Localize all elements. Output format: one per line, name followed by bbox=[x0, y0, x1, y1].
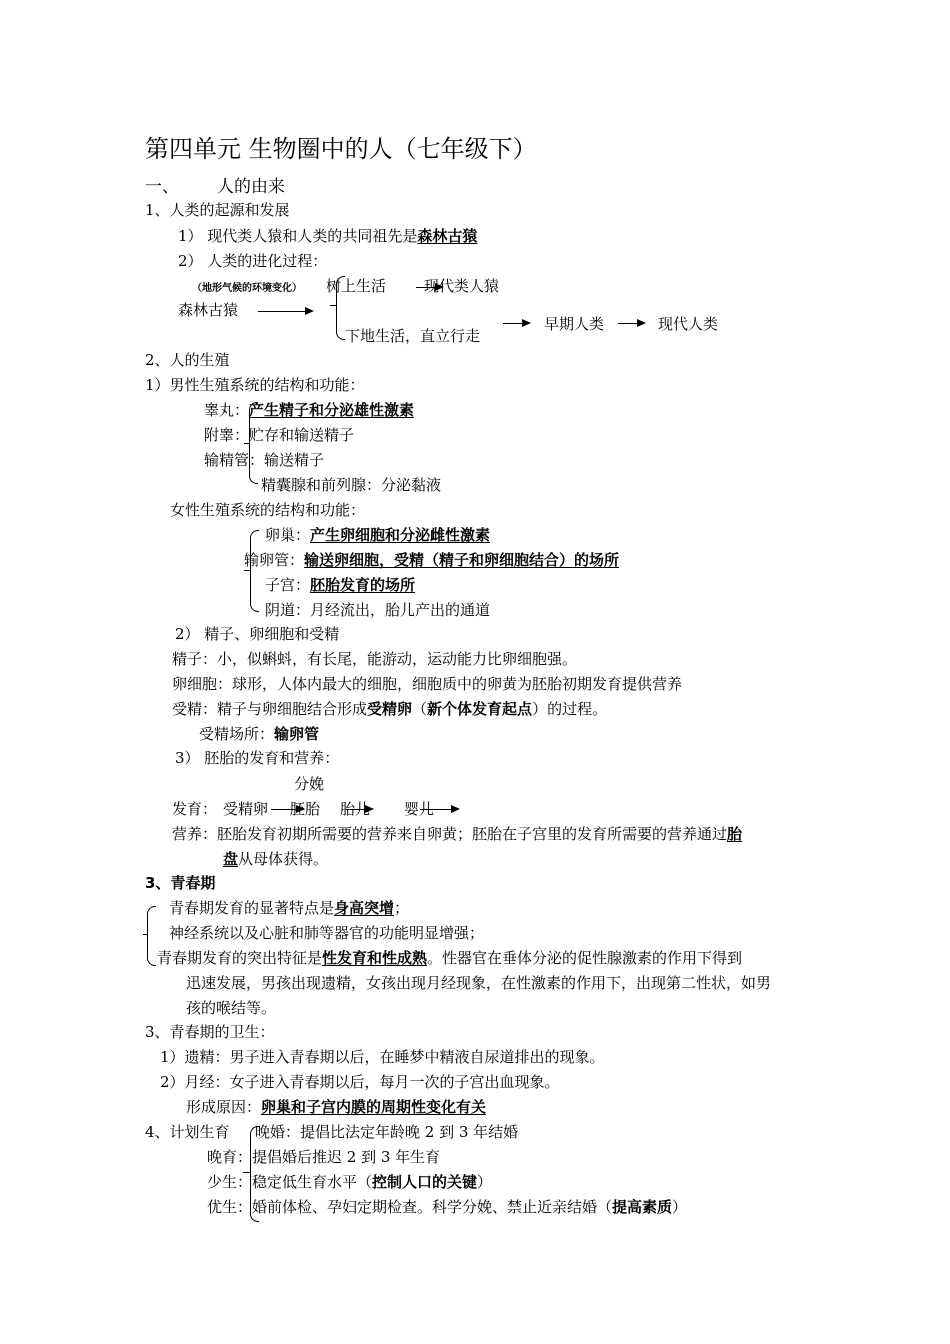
planning-label: 晚育： bbox=[207, 1148, 252, 1166]
cause-label: 形成原因： bbox=[186, 1098, 261, 1116]
embryo-heading: 3） 胚胎的发育和营养： bbox=[175, 748, 339, 768]
heading-text: 人的由来 bbox=[217, 177, 285, 197]
development-label: 发育： bbox=[172, 799, 217, 819]
arrow-icon bbox=[618, 323, 644, 324]
planning-label: 优生： bbox=[207, 1198, 252, 1216]
fert-place-value: 输卵管 bbox=[274, 725, 319, 743]
brace-icon bbox=[147, 906, 156, 966]
stage-zygote: 受精卵 bbox=[223, 799, 268, 819]
male-system-heading: 1）男性生殖系统的结构和功能： bbox=[145, 375, 365, 395]
planning-bold: 控制人口的关键 bbox=[372, 1173, 477, 1191]
menstruation-cause: 形成原因：卵巢和子宫内膜的周期性变化有关 bbox=[186, 1097, 486, 1117]
planning-bold: 提高素质 bbox=[612, 1198, 672, 1216]
fert-suffix: ）的过程。 bbox=[532, 700, 607, 718]
male-organ-glands: 精囊腺和前列腺：分泌黏液 bbox=[261, 475, 441, 495]
evolution-heading: 2） 人类的进化过程： bbox=[178, 251, 327, 271]
male-organ-vas-deferens: 输精管：输送精子 bbox=[204, 450, 324, 470]
organ-function: 胚胎发育的场所 bbox=[310, 576, 415, 594]
organ-label: 精囊腺和前列腺： bbox=[261, 476, 381, 494]
cause-value: 卵巢和子宫内膜的周期性变化有关 bbox=[261, 1098, 486, 1116]
nutrition-line-2: 盘从母体获得。 bbox=[223, 849, 328, 869]
p1-text: 青春期发育的显著特点是 bbox=[169, 899, 334, 917]
brace-point bbox=[244, 570, 251, 571]
arrow-icon bbox=[258, 311, 312, 312]
organ-label: 子宫： bbox=[265, 576, 310, 594]
nutrition-suffix: 从母体获得。 bbox=[238, 850, 328, 868]
puberty-feature-3: 青春期发育的突出特征是性发育和性成熟。性器官在垂体分泌的促性腺激素的作用下得到 bbox=[157, 948, 742, 968]
p3-bold: 性发育和性成熟 bbox=[322, 949, 427, 967]
planning-text: 婚前体检、孕妇定期检查。科学分娩、禁止近亲结婚（ bbox=[252, 1198, 612, 1216]
arrow-icon bbox=[420, 809, 458, 810]
puberty-feature-3-end: 孩的喉结等。 bbox=[186, 998, 276, 1018]
egg-label: 卵细胞： bbox=[172, 675, 232, 693]
planning-text: 提倡婚后推迟 2 到 3 年生育 bbox=[252, 1148, 440, 1166]
female-organ-oviduct: 输卵管：输送卵细胞，受精（精子和卵细胞结合）的场所 bbox=[244, 550, 619, 570]
brace-icon bbox=[250, 530, 259, 612]
planning-label: 少生： bbox=[207, 1173, 252, 1191]
section-heading-family-planning: 4、计划生育 bbox=[145, 1122, 230, 1142]
organ-label: 睾丸： bbox=[204, 401, 249, 419]
arrow-icon bbox=[503, 323, 529, 324]
arrow-icon bbox=[346, 809, 372, 810]
male-organ-epididymis: 附睾：贮存和输送精子 bbox=[204, 425, 354, 445]
organ-function: 月经流出，胎儿产出的通道 bbox=[310, 601, 490, 619]
planning-text: 稳定低生育水平（ bbox=[252, 1173, 372, 1191]
fertilization-description: 受精：精子与卵细胞结合形成受精卵（新个体发育起点）的过程。 bbox=[172, 699, 607, 719]
common-ancestor-line: 1） 现代类人猿和人类的共同祖先是森林古猿 bbox=[178, 226, 477, 246]
origin-node: 森林古猿 bbox=[178, 300, 238, 320]
section-heading-origin: 一、人的由来 bbox=[145, 176, 285, 198]
planning-text: 提倡比法定年龄晚 2 到 3 年结婚 bbox=[300, 1123, 518, 1141]
brace-point bbox=[330, 305, 337, 306]
sperm-description: 精子：小，似蝌蚪，有长尾，能游动，运动能力比卵细胞强。 bbox=[172, 649, 577, 669]
placenta-part-2: 盘 bbox=[223, 850, 238, 868]
p3-suffix: 。性器官在垂体分泌的促性腺激素的作用下得到 bbox=[427, 949, 742, 967]
organ-function: 产生精子和分泌雄性激素 bbox=[249, 401, 414, 419]
page-title: 第四单元 生物圈中的人（七年级下） bbox=[145, 134, 537, 164]
puberty-feature-1: 青春期发育的显著特点是身高突增； bbox=[169, 898, 409, 918]
planning-late-marriage: 晚婚：提倡比法定年龄晚 2 到 3 年结婚 bbox=[255, 1122, 518, 1142]
female-organ-ovary: 卵巢：产生卵细胞和分泌雌性激素 bbox=[265, 525, 490, 545]
hygiene-menstruation: 2）月经：女子进入青春期以后，每月一次的子宫出血现象。 bbox=[160, 1072, 560, 1092]
p1-bold: 身高突增 bbox=[334, 899, 394, 917]
birth-label: 分娩 bbox=[294, 774, 324, 794]
ancestor-question: 1） 现代类人猿和人类的共同祖先是 bbox=[178, 227, 417, 245]
fertilization-place: 受精场所：输卵管 bbox=[199, 724, 319, 744]
hygiene-emission: 1）遗精：男子进入青春期以后，在睡梦中精液自尿道排出的现象。 bbox=[160, 1047, 605, 1067]
organ-label: 卵巢： bbox=[265, 526, 310, 544]
puberty-feature-3-cont: 迅速发展，男孩出现遗精，女孩出现月经现象，在性激素的作用下，出现第二性状，如男 bbox=[186, 973, 771, 993]
fert-paren: （ bbox=[412, 700, 427, 718]
p2-bold: 神经系统以及心脏和肺等器官的功能 bbox=[169, 924, 409, 942]
gametes-heading: 2） 精子、卵细胞和受精 bbox=[175, 624, 339, 644]
section-heading-reproduction: 2、人的生殖 bbox=[145, 350, 230, 370]
heading-number: 一、 bbox=[145, 177, 179, 197]
p2-suffix: 明显增强； bbox=[409, 924, 484, 942]
nutrition-text: 营养：胚胎发育初期所需要的营养来自卵黄；胚胎在子宫里的发育所需要的营养通过 bbox=[172, 825, 727, 843]
fert-zygote: 受精卵 bbox=[367, 700, 412, 718]
brace-point bbox=[143, 934, 148, 935]
stage-early-human: 早期人类 bbox=[544, 314, 604, 334]
female-organ-vagina: 阴道：月经流出，胎儿产出的通道 bbox=[265, 600, 490, 620]
nutrition-line-1: 营养：胚胎发育初期所需要的营养来自卵黄；胚胎在子宫里的发育所需要的营养通过胎 bbox=[172, 824, 742, 844]
placenta-part-1: 胎 bbox=[727, 825, 742, 843]
egg-description: 卵细胞：球形，人体内最大的细胞，细胞质中的卵黄为胚胎初期发育提供营养 bbox=[172, 674, 682, 694]
branch-top-result: 现代类人猿 bbox=[424, 276, 499, 296]
organ-function: 分泌黏液 bbox=[381, 476, 441, 494]
organ-label: 输精管： bbox=[204, 451, 264, 469]
p3-text: 青春期发育的突出特征是 bbox=[157, 949, 322, 967]
planning-healthy-births: 优生：婚前体检、孕妇定期检查。科学分娩、禁止近亲结婚（提高素质） bbox=[207, 1197, 687, 1217]
stage-modern-human: 现代人类 bbox=[658, 314, 718, 334]
section-heading-hygiene: 3、青春期的卫生： bbox=[145, 1022, 275, 1042]
organ-function: 贮存和输送精子 bbox=[249, 426, 354, 444]
organ-function: 输送卵细胞，受精（精子和卵细胞结合）的场所 bbox=[304, 551, 619, 569]
branch-top: 树上生活 bbox=[326, 276, 386, 296]
stage-embryo: 胚胎 bbox=[290, 799, 320, 819]
female-system-heading: 女性生殖系统的结构和功能： bbox=[170, 500, 365, 520]
fert-text: 受精：精子与卵细胞结合形成 bbox=[172, 700, 367, 718]
fert-origin: 新个体发育起点 bbox=[427, 700, 532, 718]
ancestor-answer: 森林古猿 bbox=[417, 227, 477, 245]
organ-function: 产生卵细胞和分泌雌性激素 bbox=[310, 526, 490, 544]
env-change-note: （地形气候的环境变化） bbox=[192, 279, 302, 299]
p1-suffix: ； bbox=[394, 899, 409, 917]
planning-fewer-births: 少生：稳定低生育水平（控制人口的关键） bbox=[207, 1172, 492, 1192]
planning-suffix: ） bbox=[477, 1173, 492, 1191]
section-heading-puberty: 3、青春期 bbox=[145, 873, 215, 893]
organ-label: 阴道： bbox=[265, 601, 310, 619]
organ-label: 附睾： bbox=[204, 426, 249, 444]
subheading-origin-development: 1、人类的起源和发展 bbox=[145, 200, 290, 220]
male-organ-testis: 睾丸：产生精子和分泌雄性激素 bbox=[204, 400, 414, 420]
branch-bottom: 下地生活，直立行走 bbox=[345, 326, 480, 346]
organ-function: 输送精子 bbox=[264, 451, 324, 469]
egg-text: 球形，人体内最大的细胞，细胞质中的卵黄为胚胎初期发育提供营养 bbox=[232, 675, 682, 693]
planning-label: 晚婚： bbox=[255, 1123, 300, 1141]
planning-late-childbirth: 晚育：提倡婚后推迟 2 到 3 年生育 bbox=[207, 1147, 440, 1167]
female-organ-uterus: 子宫：胚胎发育的场所 bbox=[265, 575, 415, 595]
fert-place-label: 受精场所： bbox=[199, 725, 274, 743]
puberty-feature-2: 神经系统以及心脏和肺等器官的功能明显增强； bbox=[169, 923, 484, 943]
organ-label: 输卵管： bbox=[244, 551, 304, 569]
planning-suffix: ） bbox=[672, 1198, 687, 1216]
